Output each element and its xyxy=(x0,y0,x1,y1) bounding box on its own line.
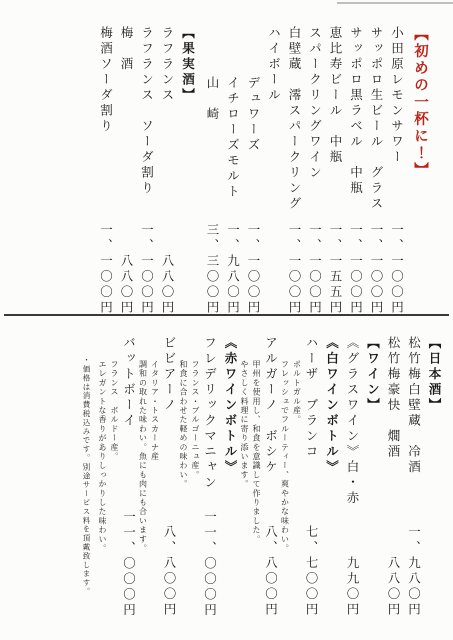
wine-item-group: バットボーイ 一一、〇〇〇円 フランス ボルドー産。 エレガントな香りがありしっ… xyxy=(98,336,135,618)
menu-page: 【初めの一杯に！】 小田原レモンサワー 一、一〇〇円 サッポロ生ビール グラス … xyxy=(0,0,453,640)
item-price: 一一、〇〇〇円 xyxy=(122,510,135,619)
item-price: 八八〇円 xyxy=(161,254,174,316)
menu-item: バットボーイ 一一、〇〇〇円 xyxy=(122,336,135,618)
menu-item: デュワーズ 一、一〇〇円 xyxy=(247,26,260,316)
menu-section-first-drinks: 【初めの一杯に！】 小田原レモンサワー 一、一〇〇円 サッポロ生ビール グラス … xyxy=(91,26,427,316)
menu-item: 松竹梅白壁蔵 冷酒 一、九八〇円 xyxy=(407,336,420,618)
item-name: バットボーイ xyxy=(122,336,135,429)
item-price: 一、九八〇円 xyxy=(407,525,420,618)
section-header-text: 【初めの一杯に！】 xyxy=(413,26,428,179)
menu-item: 恵比寿ビール 中瓶 一、一五五円 xyxy=(329,26,342,316)
item-name: イチローズモルト xyxy=(226,26,239,200)
item-description-line: フレッシュでフルーティー、爽やかな味わい。 xyxy=(281,336,289,618)
item-price: 一一、〇〇〇円 xyxy=(203,510,216,619)
item-name: 梅 酒 xyxy=(120,26,133,73)
tax-service-note: ・価格は消費税込みです。別途サービス料を頂戴致します。 xyxy=(83,336,91,618)
item-name: アルガーノ ボシケ xyxy=(264,336,277,476)
section-header-text: 【果実酒】 xyxy=(181,26,194,104)
item-description-line: エレガントな香りがありしっかりした味わい。 xyxy=(98,336,106,618)
item-name: ラフランス xyxy=(161,26,174,104)
item-name: ビビアーノ xyxy=(163,336,176,414)
section-header-text: 【ワイン】 xyxy=(366,336,379,414)
wine-item-group: アルガーノ ボシケ 八、八〇〇円 甲州を使用し、和食を意識して作りました。 やさ… xyxy=(240,336,277,618)
section-header-red-wine-bottle: 《赤ワインボトル》 xyxy=(224,336,237,618)
wine-item-group: ビビアーノ 八、八〇〇円 イタリア・トスカーナ産 調和の取れた味わい。魚にも肉に… xyxy=(139,336,176,618)
menu-item: 松竹梅豪快 燗酒 八八〇円 xyxy=(387,336,400,618)
menu-item: フレデリックマニャン 一一、〇〇〇円 xyxy=(203,336,216,618)
item-name: 山 崎 xyxy=(206,26,219,123)
item-price: 九九〇円 xyxy=(346,556,359,618)
item-price: 一、一〇〇円 xyxy=(99,223,112,316)
item-description-line: ポルトガル産。 xyxy=(293,336,301,618)
item-name: サッポロ黒ラベル 中瓶 xyxy=(349,26,362,197)
item-price: 一、一五五円 xyxy=(329,223,342,316)
item-description-line: 和食に合わせた軽めの味わい。 xyxy=(179,336,187,618)
menu-item: 梅酒ソーダ割り 一、一〇〇円 xyxy=(99,26,112,316)
menu-item: 白壁蔵 澪スパークリング 一、一〇〇円 xyxy=(288,26,301,316)
item-price: 一、一〇〇円 xyxy=(349,223,362,316)
item-price: 七、七〇〇円 xyxy=(305,525,318,618)
menu-item: ラフランス 八八〇円 xyxy=(161,26,174,316)
item-price: 八、八〇〇円 xyxy=(264,525,277,618)
item-price: 一、一〇〇円 xyxy=(390,223,403,316)
item-price: 三、三〇〇円 xyxy=(206,223,219,316)
section-header-text: 【日本酒】 xyxy=(428,336,441,414)
section-divider-rule xyxy=(4,314,449,316)
menu-section-sake-wine: 【日本酒】 松竹梅白壁蔵 冷酒 一、九八〇円 松竹梅豪快 燗酒 八八〇円 【ワイ… xyxy=(67,336,441,618)
item-name: 白壁蔵 澪スパークリング xyxy=(288,26,301,212)
item-price: 一、一〇〇円 xyxy=(140,223,153,316)
menu-item: スパークリングワイン 一、一〇〇円 xyxy=(308,26,321,316)
menu-item: ビビアーノ 八、八〇〇円 xyxy=(163,336,176,618)
menu-item: 小田原レモンサワー 一、一〇〇円 xyxy=(390,26,403,316)
item-price: 八、八〇〇円 xyxy=(163,525,176,618)
item-price: 一、一〇〇円 xyxy=(247,223,260,316)
section-header-text: 《白ワインボトル》 xyxy=(325,336,338,476)
item-price: 一、一〇〇円 xyxy=(288,223,301,316)
menu-item: 山 崎 三、三〇〇円 xyxy=(206,26,219,316)
menu-item: 梅 酒 八八〇円 xyxy=(120,26,133,316)
item-name: ラフランス ソーダ割り xyxy=(140,26,153,197)
item-price: 八八〇円 xyxy=(120,254,133,316)
menu-item: ハーザ ブランコ 七、七〇〇円 xyxy=(305,336,318,618)
section-header-white-wine-bottle: 《白ワインボトル》 xyxy=(325,336,338,618)
item-name: ハーザ ブランコ xyxy=(305,336,318,460)
item-name: ハイボール xyxy=(267,26,280,104)
item-name: 梅酒ソーダ割り xyxy=(99,26,112,135)
item-description-line: 調和の取れた味わい。魚にも肉にも合います。 xyxy=(139,336,147,618)
item-name: デュワーズ xyxy=(247,26,260,154)
item-name: 松竹梅白壁蔵 冷酒 xyxy=(407,336,420,476)
item-price: 八八〇円 xyxy=(387,556,400,618)
item-price: 一、一〇〇円 xyxy=(370,223,383,316)
item-name: スパークリングワイン xyxy=(308,26,321,181)
item-description-line: フランス ボルドー産。 xyxy=(110,336,118,618)
item-name: 松竹梅豪快 燗酒 xyxy=(387,336,400,460)
section-header-sake: 【日本酒】 xyxy=(428,336,441,618)
item-description-line: イタリア・トスカーナ産 xyxy=(151,336,159,618)
item-name: 恵比寿ビール 中瓶 xyxy=(329,26,342,166)
item-price: 一、一〇〇円 xyxy=(308,223,321,316)
menu-item: サッポロ黒ラベル 中瓶 一、一〇〇円 xyxy=(349,26,362,316)
menu-item: イチローズモルト 一、九八〇円 xyxy=(226,26,239,316)
section-header-fruit-liqueur: 【果実酒】 xyxy=(181,26,194,316)
menu-item: アルガーノ ボシケ 八、八〇〇円 xyxy=(264,336,277,618)
menu-item: サッポロ生ビール グラス 一、一〇〇円 xyxy=(370,26,383,316)
menu-item: ラフランス ソーダ割り 一、一〇〇円 xyxy=(140,26,153,316)
wine-item-group: ハーザ ブランコ 七、七〇〇円 ポルトガル産。 フレッシュでフルーティー、爽やか… xyxy=(281,336,318,618)
item-name: 小田原レモンサワー xyxy=(390,26,403,166)
section-header-text: 《赤ワインボトル》 xyxy=(224,336,237,476)
item-name: 《グラスワイン》白・赤 xyxy=(346,336,359,507)
section-header-wine: 【ワイン】 xyxy=(366,336,379,618)
item-name: フレデリックマニャン xyxy=(203,336,216,491)
scan-edge-artifact xyxy=(337,2,453,4)
menu-item: 《グラスワイン》白・赤 九九〇円 xyxy=(346,336,359,618)
item-description-line: やさしく料理に寄り添います。 xyxy=(240,336,248,618)
item-name: サッポロ生ビール グラス xyxy=(370,26,383,212)
wine-item-group: フレデリックマニャン 一一、〇〇〇円 フランス・ブルゴーニュ産。 和食に合わせた… xyxy=(179,336,216,618)
item-description-line: フランス・ブルゴーニュ産。 xyxy=(191,336,199,618)
item-description-line: 甲州を使用し、和食を意識して作りました。 xyxy=(252,336,260,618)
section-header-first-drink: 【初めの一杯に！】 xyxy=(413,26,428,316)
item-price: 一、九八〇円 xyxy=(226,223,239,316)
menu-subcategory-highball: ハイボール xyxy=(267,26,280,316)
